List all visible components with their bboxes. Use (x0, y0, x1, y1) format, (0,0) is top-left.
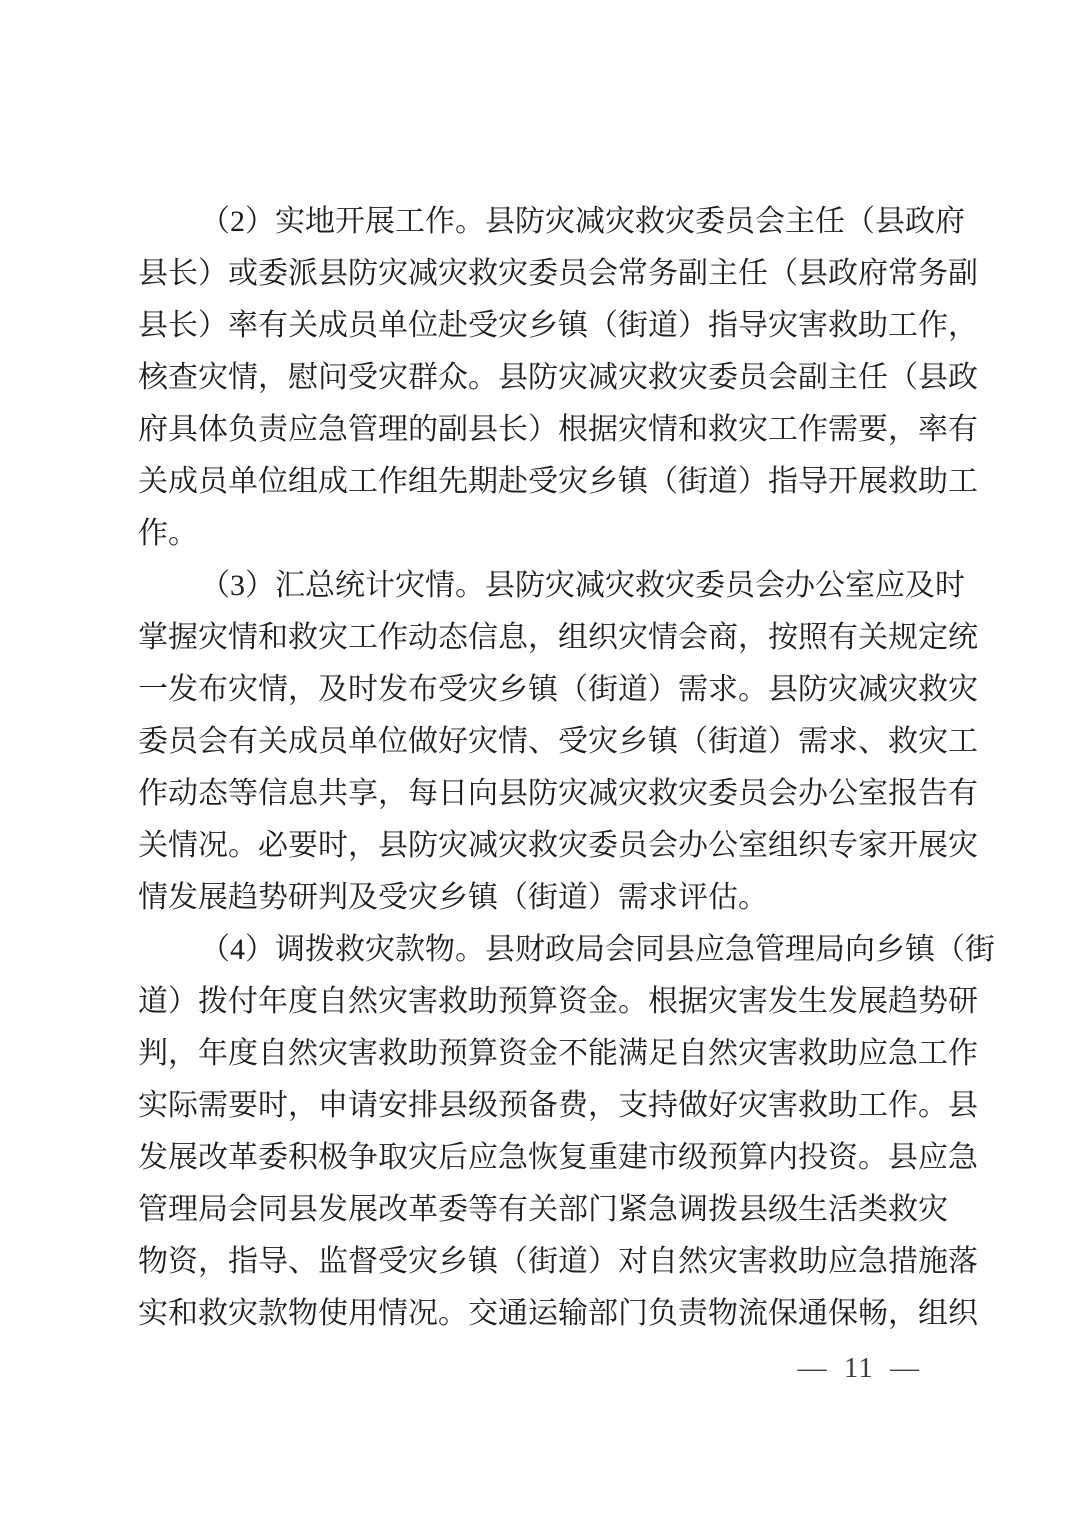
paragraph-item-2: （2）实地开展工作。县防灾减灾救灾委员会主任（县政府 县长）或委派县防灾减灾救灾… (138, 196, 936, 560)
text-line: 道）拨付年度自然灾害救助预算资金。根据灾害发生发展趋势研 (138, 976, 936, 1028)
document-page: （2）实地开展工作。县防灾减灾救灾委员会主任（县政府 县长）或委派县防灾减灾救灾… (0, 0, 1074, 1520)
text-line: 核查灾情，慰问受灾群众。县防灾减灾救灾委员会副主任（县政 (138, 352, 936, 404)
text-line: 作。 (138, 508, 936, 560)
text-line: 掌握灾情和救灾工作动态信息，组织灾情会商，按照有关规定统 (138, 612, 936, 664)
text-line: （3）汇总统计灾情。县防灾减灾救灾委员会办公室应及时 (138, 560, 936, 612)
text-line: （2）实地开展工作。县防灾减灾救灾委员会主任（县政府 (138, 196, 936, 248)
text-line: 县长）率有关成员单位赴受灾乡镇（街道）指导灾害救助工作， (138, 300, 936, 352)
page-number: — 11 — (798, 1348, 920, 1388)
paragraph-item-3: （3）汇总统计灾情。县防灾减灾救灾委员会办公室应及时 掌握灾情和救灾工作动态信息… (138, 560, 936, 924)
paragraph-item-4: （4）调拨救灾款物。县财政局会同县应急管理局向乡镇（街 道）拨付年度自然灾害救助… (138, 924, 936, 1340)
text-line: 关情况。必要时，县防灾减灾救灾委员会办公室组织专家开展灾 (138, 820, 936, 872)
text-line: 县长）或委派县防灾减灾救灾委员会常务副主任（县政府常务副 (138, 248, 936, 300)
text-line: 实和救灾款物使用情况。交通运输部门负责物流保通保畅，组织 (138, 1288, 936, 1340)
text-line: 作动态等信息共享，每日向县防灾减灾救灾委员会办公室报告有 (138, 768, 936, 820)
text-line: 府具体负责应急管理的副县长）根据灾情和救灾工作需要，率有 (138, 404, 936, 456)
text-line: 情发展趋势研判及受灾乡镇（街道）需求评估。 (138, 872, 936, 924)
text-line: 管理局会同县发展改革委等有关部门紧急调拨县级生活类救灾 (138, 1184, 936, 1236)
text-line: 实际需要时，申请安排县级预备费，支持做好灾害救助工作。县 (138, 1080, 936, 1132)
text-line: 委员会有关成员单位做好灾情、受灾乡镇（街道）需求、救灾工 (138, 716, 936, 768)
text-line: 一发布灾情，及时发布受灾乡镇（街道）需求。县防灾减灾救灾 (138, 664, 936, 716)
document-body: （2）实地开展工作。县防灾减灾救灾委员会主任（县政府 县长）或委派县防灾减灾救灾… (138, 196, 936, 1340)
text-line: 物资，指导、监督受灾乡镇（街道）对自然灾害救助应急措施落 (138, 1236, 936, 1288)
text-line: 判，年度自然灾害救助预算资金不能满足自然灾害救助应急工作 (138, 1028, 936, 1080)
text-line: 关成员单位组成工作组先期赴受灾乡镇（街道）指导开展救助工 (138, 456, 936, 508)
text-line: 发展改革委积极争取灾后应急恢复重建市级预算内投资。县应急 (138, 1132, 936, 1184)
text-line: （4）调拨救灾款物。县财政局会同县应急管理局向乡镇（街 (138, 924, 936, 976)
